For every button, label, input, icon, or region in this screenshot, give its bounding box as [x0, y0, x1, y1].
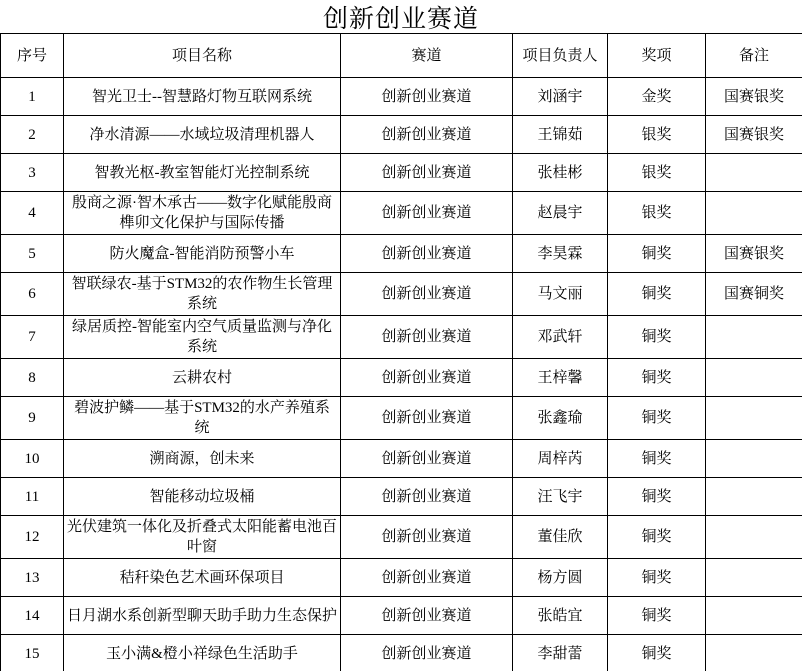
cell-serial: 11 — [1, 478, 64, 516]
column-header-note: 备注 — [706, 34, 802, 78]
cell-project-name: 绿居质控-智能室内空气质量监测与净化系统 — [64, 316, 341, 359]
cell-track: 创新创业赛道 — [341, 635, 513, 671]
cell-project-name: 玉小满&橙小祥绿色生活助手 — [64, 635, 341, 671]
cell-note — [706, 516, 802, 559]
cell-award: 铜奖 — [608, 597, 706, 635]
cell-project-name: 防火魔盒-智能消防预警小车 — [64, 235, 341, 273]
cell-leader: 周梓芮 — [513, 440, 608, 478]
column-header-project-name: 项目名称 — [64, 34, 341, 78]
column-header-serial: 序号 — [1, 34, 64, 78]
cell-award: 银奖 — [608, 154, 706, 192]
cell-award: 金奖 — [608, 78, 706, 116]
cell-award: 铜奖 — [608, 516, 706, 559]
cell-track: 创新创业赛道 — [341, 478, 513, 516]
cell-leader: 王梓馨 — [513, 359, 608, 397]
column-header-track: 赛道 — [341, 34, 513, 78]
cell-project-name: 溯商源，创未来 — [64, 440, 341, 478]
table-row: 8 云耕农村 创新创业赛道 王梓馨 铜奖 — [1, 359, 802, 397]
cell-track: 创新创业赛道 — [341, 397, 513, 440]
cell-serial: 8 — [1, 359, 64, 397]
cell-note: 国赛银奖 — [706, 78, 802, 116]
table-row: 12 光伏建筑一体化及折叠式太阳能蓄电池百叶窗 创新创业赛道 董佳欣 铜奖 — [1, 516, 802, 559]
table-row: 15 玉小满&橙小祥绿色生活助手 创新创业赛道 李甜蕾 铜奖 — [1, 635, 802, 671]
cell-note: 国赛银奖 — [706, 235, 802, 273]
cell-project-name: 光伏建筑一体化及折叠式太阳能蓄电池百叶窗 — [64, 516, 341, 559]
cell-serial: 10 — [1, 440, 64, 478]
cell-note — [706, 397, 802, 440]
cell-track: 创新创业赛道 — [341, 192, 513, 235]
cell-serial: 9 — [1, 397, 64, 440]
cell-leader: 董佳欣 — [513, 516, 608, 559]
cell-leader: 张鑫瑜 — [513, 397, 608, 440]
table-row: 14 日月湖水系创新型聊天助手助力生态保护 创新创业赛道 张皓宜 铜奖 — [1, 597, 802, 635]
cell-leader: 汪飞宇 — [513, 478, 608, 516]
cell-award: 铜奖 — [608, 559, 706, 597]
cell-track: 创新创业赛道 — [341, 316, 513, 359]
cell-project-name: 秸秆染色艺术画环保项目 — [64, 559, 341, 597]
cell-leader: 李甜蕾 — [513, 635, 608, 671]
cell-project-name: 日月湖水系创新型聊天助手助力生态保护 — [64, 597, 341, 635]
cell-award: 铜奖 — [608, 478, 706, 516]
cell-leader: 张皓宜 — [513, 597, 608, 635]
cell-note — [706, 559, 802, 597]
cell-serial: 4 — [1, 192, 64, 235]
cell-note — [706, 635, 802, 671]
cell-note: 国赛铜奖 — [706, 273, 802, 316]
cell-leader: 马文丽 — [513, 273, 608, 316]
header-row: 序号 项目名称 赛道 项目负责人 奖项 备注 — [1, 34, 802, 78]
table-row: 9 碧波护鳞——基于STM32的水产养殖系统 创新创业赛道 张鑫瑜 铜奖 — [1, 397, 802, 440]
column-header-leader: 项目负责人 — [513, 34, 608, 78]
cell-serial: 12 — [1, 516, 64, 559]
cell-note — [706, 597, 802, 635]
cell-note — [706, 478, 802, 516]
cell-track: 创新创业赛道 — [341, 597, 513, 635]
cell-award: 银奖 — [608, 116, 706, 154]
cell-project-name: 智联绿农-基于STM32的农作物生长管理系统 — [64, 273, 341, 316]
cell-award: 铜奖 — [608, 635, 706, 671]
cell-note: 国赛银奖 — [706, 116, 802, 154]
table-row: 2 净水清源——水域垃圾清理机器人 创新创业赛道 王锦茹 银奖 国赛银奖 — [1, 116, 802, 154]
cell-serial: 3 — [1, 154, 64, 192]
cell-leader: 张桂彬 — [513, 154, 608, 192]
table-row: 4 殷商之源·智木承古——数字化赋能殷商榫卯文化保护与国际传播 创新创业赛道 赵… — [1, 192, 802, 235]
cell-leader: 赵晨宇 — [513, 192, 608, 235]
cell-track: 创新创业赛道 — [341, 516, 513, 559]
cell-project-name: 碧波护鳞——基于STM32的水产养殖系统 — [64, 397, 341, 440]
cell-track: 创新创业赛道 — [341, 359, 513, 397]
cell-project-name: 净水清源——水域垃圾清理机器人 — [64, 116, 341, 154]
cell-leader: 杨方圆 — [513, 559, 608, 597]
cell-track: 创新创业赛道 — [341, 559, 513, 597]
cell-leader: 刘涵宇 — [513, 78, 608, 116]
table-row: 7 绿居质控-智能室内空气质量监测与净化系统 创新创业赛道 邓武轩 铜奖 — [1, 316, 802, 359]
column-header-award: 奖项 — [608, 34, 706, 78]
cell-award: 铜奖 — [608, 440, 706, 478]
cell-track: 创新创业赛道 — [341, 78, 513, 116]
table-row: 13 秸秆染色艺术画环保项目 创新创业赛道 杨方圆 铜奖 — [1, 559, 802, 597]
cell-track: 创新创业赛道 — [341, 154, 513, 192]
cell-note — [706, 359, 802, 397]
table-body: 1 智光卫士--智慧路灯物互联网系统 创新创业赛道 刘涵宇 金奖 国赛银奖 2 … — [1, 78, 802, 671]
cell-project-name: 智光卫士--智慧路灯物互联网系统 — [64, 78, 341, 116]
cell-track: 创新创业赛道 — [341, 440, 513, 478]
table-row: 6 智联绿农-基于STM32的农作物生长管理系统 创新创业赛道 马文丽 铜奖 国… — [1, 273, 802, 316]
cell-award: 铜奖 — [608, 316, 706, 359]
cell-note — [706, 192, 802, 235]
cell-serial: 13 — [1, 559, 64, 597]
table-row: 3 智教光枢-教室智能灯光控制系统 创新创业赛道 张桂彬 银奖 — [1, 154, 802, 192]
cell-project-name: 云耕农村 — [64, 359, 341, 397]
cell-serial: 14 — [1, 597, 64, 635]
awards-table: 序号 项目名称 赛道 项目负责人 奖项 备注 1 智光卫士--智慧路灯物互联网系… — [0, 33, 802, 671]
cell-serial: 5 — [1, 235, 64, 273]
cell-track: 创新创业赛道 — [341, 235, 513, 273]
cell-award: 铜奖 — [608, 397, 706, 440]
cell-leader: 李昊霖 — [513, 235, 608, 273]
cell-serial: 2 — [1, 116, 64, 154]
table-row: 10 溯商源，创未来 创新创业赛道 周梓芮 铜奖 — [1, 440, 802, 478]
cell-project-name: 殷商之源·智木承古——数字化赋能殷商榫卯文化保护与国际传播 — [64, 192, 341, 235]
cell-award: 铜奖 — [608, 359, 706, 397]
cell-track: 创新创业赛道 — [341, 116, 513, 154]
cell-serial: 6 — [1, 273, 64, 316]
cell-note — [706, 440, 802, 478]
cell-note — [706, 154, 802, 192]
cell-track: 创新创业赛道 — [341, 273, 513, 316]
table-row: 1 智光卫士--智慧路灯物互联网系统 创新创业赛道 刘涵宇 金奖 国赛银奖 — [1, 78, 802, 116]
table-row: 5 防火魔盒-智能消防预警小车 创新创业赛道 李昊霖 铜奖 国赛银奖 — [1, 235, 802, 273]
cell-serial: 1 — [1, 78, 64, 116]
cell-project-name: 智能移动垃圾桶 — [64, 478, 341, 516]
cell-serial: 15 — [1, 635, 64, 671]
cell-award: 铜奖 — [608, 235, 706, 273]
table-row: 11 智能移动垃圾桶 创新创业赛道 汪飞宇 铜奖 — [1, 478, 802, 516]
cell-award: 铜奖 — [608, 273, 706, 316]
cell-project-name: 智教光枢-教室智能灯光控制系统 — [64, 154, 341, 192]
cell-leader: 王锦茹 — [513, 116, 608, 154]
cell-award: 银奖 — [608, 192, 706, 235]
page-title: 创新创业赛道 — [0, 0, 802, 33]
cell-serial: 7 — [1, 316, 64, 359]
cell-note — [706, 316, 802, 359]
sheet: 创新创业赛道 序号 项目名称 赛道 项目负责人 奖项 备注 1 智光卫士--智慧… — [0, 0, 802, 671]
cell-leader: 邓武轩 — [513, 316, 608, 359]
